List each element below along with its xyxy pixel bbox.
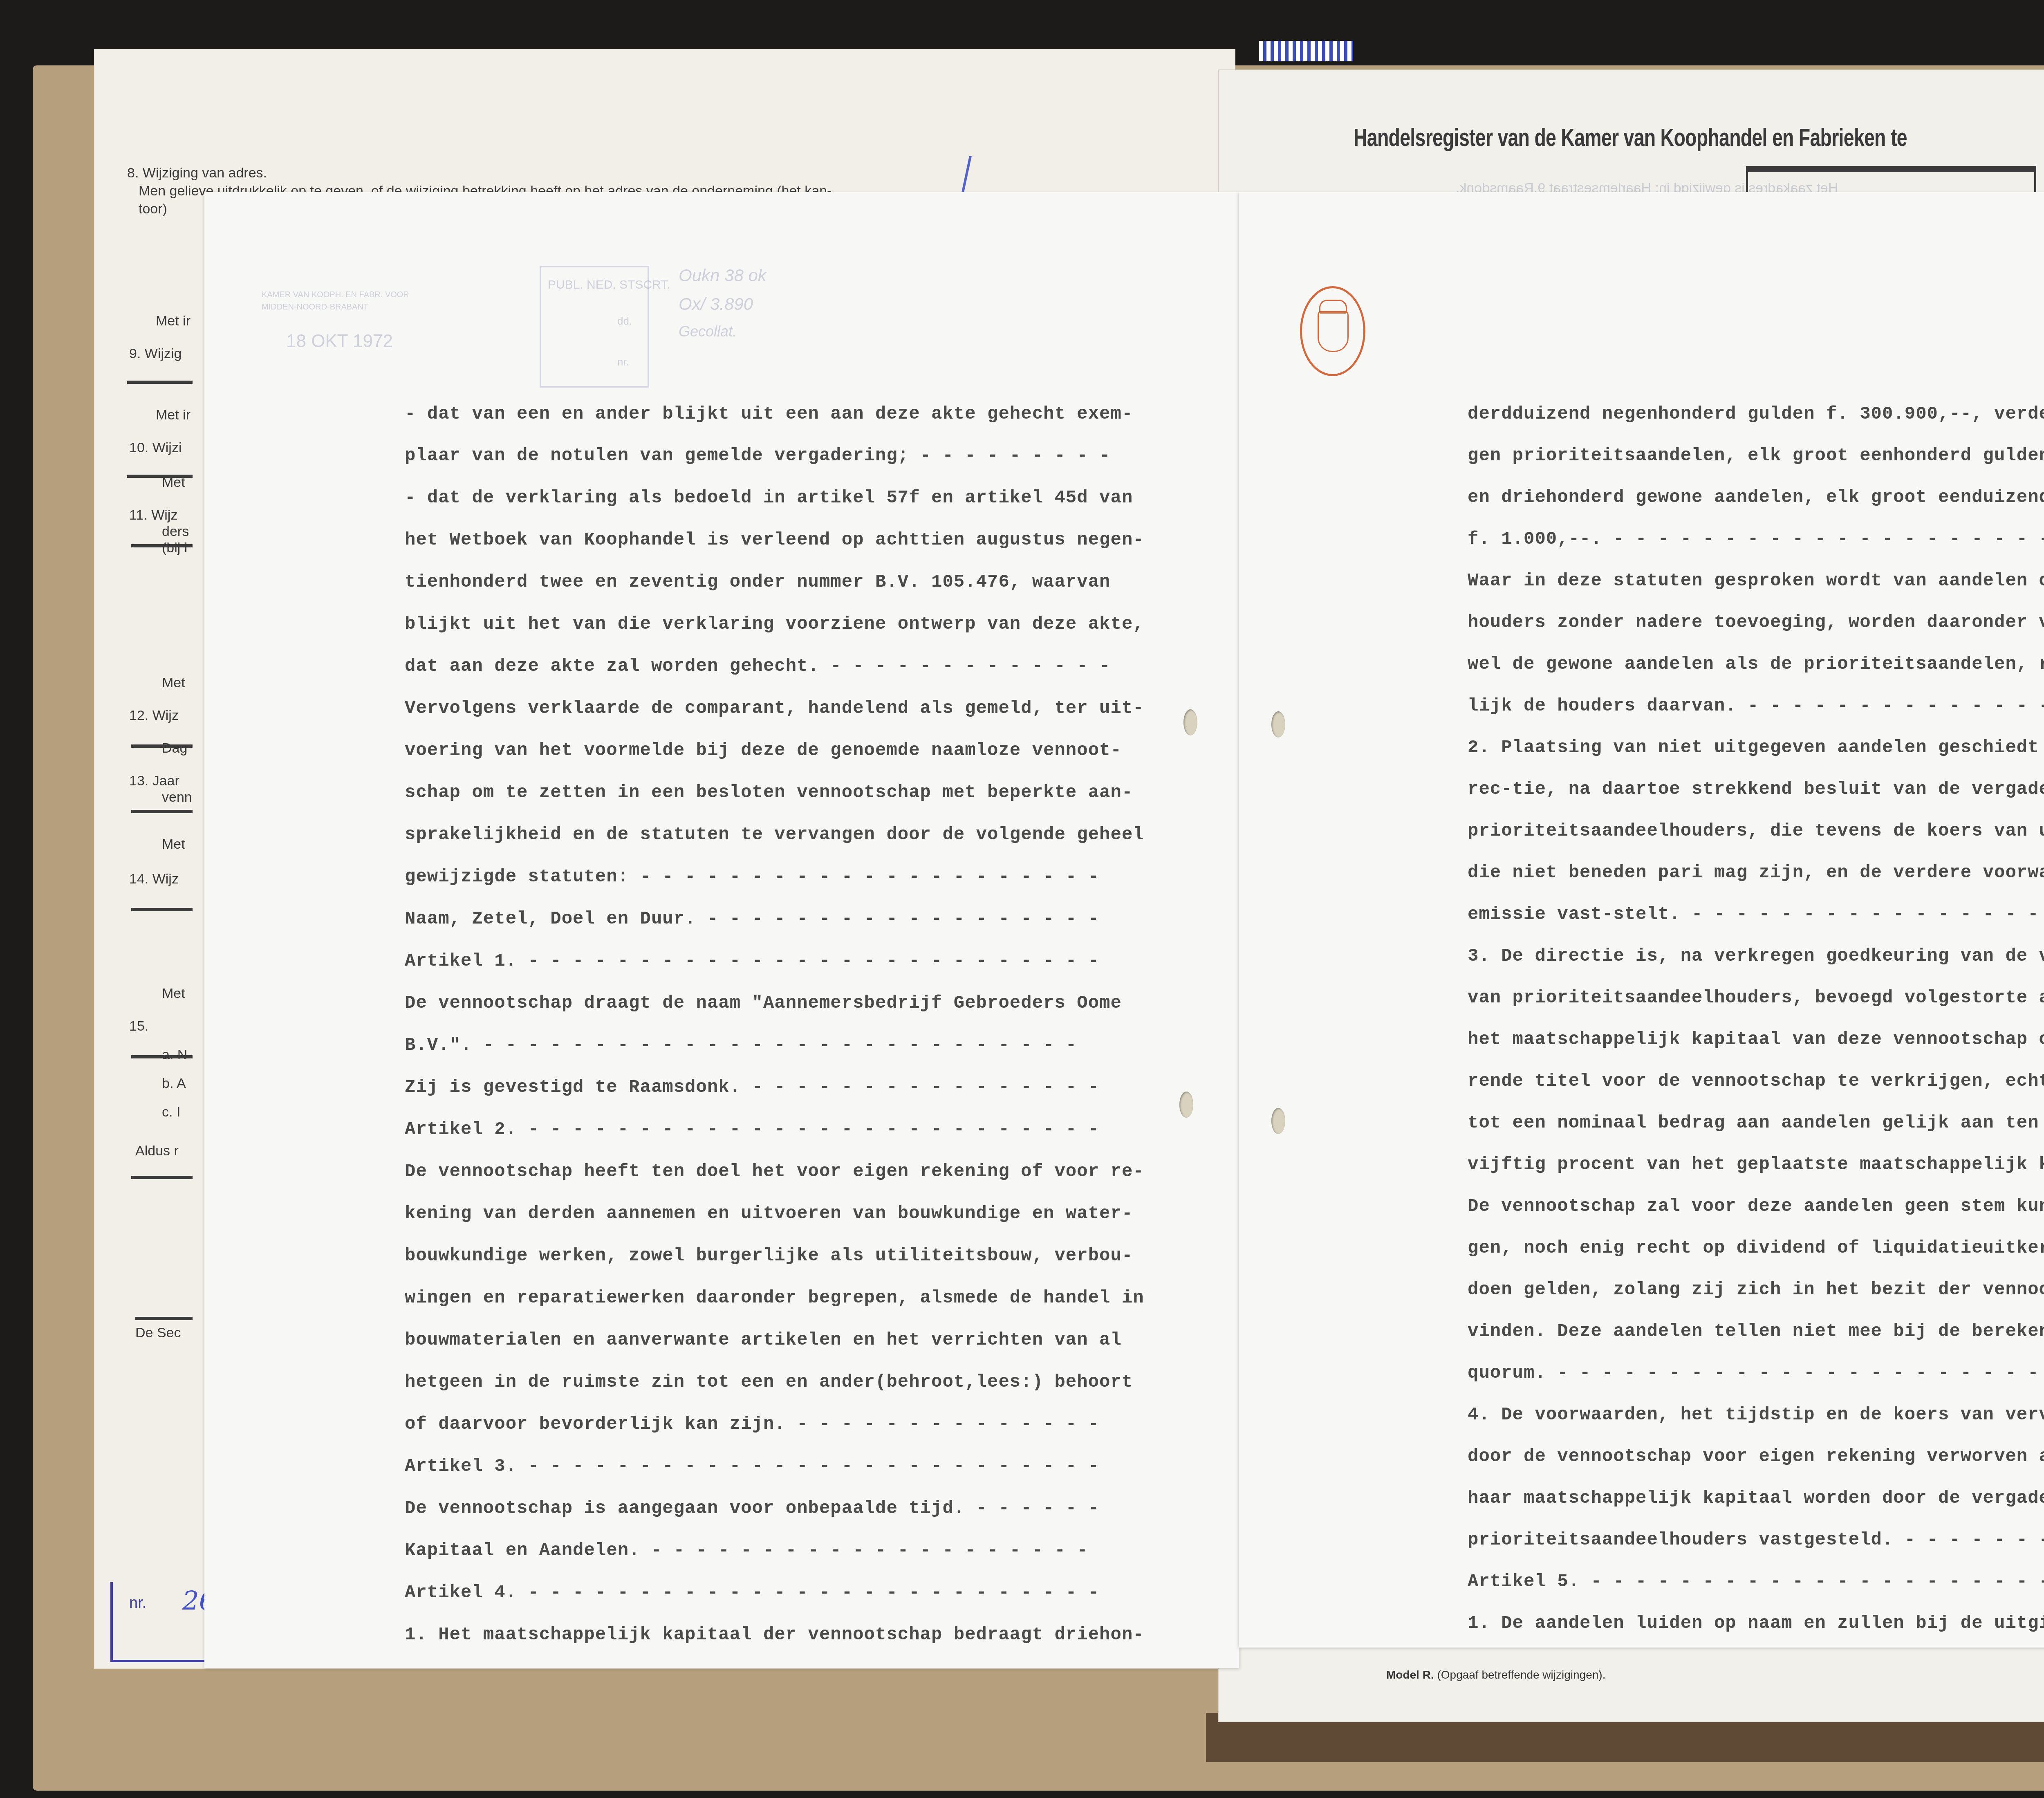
form-rule <box>131 908 193 911</box>
ghost-handwriting: Gecollat. <box>679 323 737 340</box>
ghost-stamp-text: nr. <box>617 356 629 368</box>
typed-line: Artikel 5. - - - - - - - - - - - - - - -… <box>1468 1572 2044 1592</box>
typed-line: 4. De voorwaarden, het tijdstip en de ko… <box>1468 1405 2044 1425</box>
punch-hole <box>1183 709 1197 735</box>
typed-line: Artikel 3. - - - - - - - - - - - - - - -… <box>405 1456 1099 1477</box>
typed-line: 1. Het maatschappelijk kapitaal der venn… <box>405 1625 1144 1645</box>
form-field-label: Aldus r <box>135 1143 179 1159</box>
typed-line: voering van het voormelde bij deze de ge… <box>405 740 1122 761</box>
form-field-label: Dag <box>162 740 187 756</box>
ghost-date-stamp: 18 OKT 1972 <box>286 331 393 352</box>
typed-line: schap om te zetten in een besloten venno… <box>405 782 1133 803</box>
typed-line: Artikel 4. - - - - - - - - - - - - - - -… <box>405 1583 1099 1603</box>
tab-strip-pattern <box>1259 41 1353 61</box>
model-description: (Opgaaf betreffende wijzigingen). <box>1437 1668 1605 1681</box>
form-rule <box>131 810 193 813</box>
typed-line: houders zonder nadere toevoeging, worden… <box>1468 612 2044 633</box>
form-field-label: (bij i <box>162 540 187 556</box>
form-field-label: 9. Wijzig <box>129 346 182 362</box>
typed-line: - dat van een en ander blijkt uit een aa… <box>405 404 1133 424</box>
typed-line: dat aan deze akte zal worden gehecht. - … <box>405 656 1110 677</box>
typed-line: wel de gewone aandelen als de prioriteit… <box>1468 654 2044 675</box>
typed-line: De vennootschap zal voor deze aandelen g… <box>1468 1196 2044 1217</box>
form-rule <box>135 1317 193 1320</box>
typed-line: het Wetboek van Koophandel is verleend o… <box>405 530 1144 550</box>
form-field-label: De Sec <box>135 1325 181 1341</box>
typed-line: rec-tie, na daartoe strekkend besluit va… <box>1468 779 2044 800</box>
form-field-label: c. I <box>162 1104 180 1120</box>
form-field-label: 14. Wijz <box>129 871 179 887</box>
punch-hole <box>1271 711 1285 738</box>
typed-line: haar maatschappelijk kapitaal worden doo… <box>1468 1488 2044 1509</box>
typed-line: 3. De directie is, na verkregen goedkeur… <box>1468 946 2044 966</box>
typed-line: het maatschappelijk kapitaal van deze ve… <box>1468 1029 2044 1050</box>
typed-line: tot een nominaal bedrag aan aandelen gel… <box>1468 1113 2044 1133</box>
model-label: Model R. (Opgaaf betreffende wijzigingen… <box>1386 1668 1605 1681</box>
typed-line: B.V.". - - - - - - - - - - - - - - - - -… <box>405 1035 1077 1056</box>
typed-page-left: PUBL. NED. STSCRT. dd. nr. KAMER VAN KOO… <box>204 192 1239 1668</box>
form-field-label: a. N <box>162 1047 187 1063</box>
form-field-label: venn <box>162 789 192 805</box>
typed-line: derdduizend negenhonderd gulden f. 300.9… <box>1468 404 2044 424</box>
typed-line: De vennootschap draagt de naam "Aannemer… <box>405 993 1122 1013</box>
typed-line: 1. De aandelen luiden op naam en zullen … <box>1468 1613 2044 1634</box>
form-field-label: 11. Wijz <box>129 507 177 523</box>
typed-line: Zij is gevestigd te Raamsdonk. - - - - -… <box>405 1077 1099 1098</box>
form-field-label: Met <box>162 836 185 852</box>
typed-line: Naam, Zetel, Doel en Duur. - - - - - - -… <box>405 909 1099 929</box>
ghost-stamp-text: MIDDEN-NOORD-BRABANT <box>262 303 368 312</box>
typed-line: die niet beneden pari mag zijn, en de ve… <box>1468 863 2044 883</box>
form-field-label: 12. Wijz <box>129 708 179 724</box>
typed-line: gen, noch enig recht op dividend of liqu… <box>1468 1238 2044 1258</box>
typed-line: Artikel 1. - - - - - - - - - - - - - - -… <box>405 951 1099 971</box>
punch-hole <box>1179 1092 1193 1118</box>
form-field-label: Met ir <box>156 407 191 423</box>
typed-line: Kapitaal en Aandelen. - - - - - - - - - … <box>405 1540 1088 1561</box>
typed-line: prioriteitsaandeelhouders vastgesteld. -… <box>1468 1530 2044 1550</box>
ghost-stamp-text: KAMER VAN KOOPH. EN FABR. VOOR <box>262 290 409 300</box>
typed-line: hetgeen in de ruimste zin tot een en and… <box>405 1372 1133 1392</box>
typed-line: - dat de verklaring als bedoeld in artik… <box>405 488 1133 508</box>
typed-line: gewijzigde statuten: - - - - - - - - - -… <box>405 867 1099 887</box>
typed-line: van prioriteitsaandeelhouders, bevoegd v… <box>1468 988 2044 1008</box>
typed-line: f. 1.000,--. - - - - - - - - - - - - - -… <box>1468 529 2044 549</box>
form-rule <box>127 381 193 384</box>
lion-crest-icon <box>1318 311 1349 352</box>
typed-line: vinden. Deze aandelen tellen niet mee bi… <box>1468 1321 2044 1342</box>
notary-seal: KONINKLIJKE BROEDERSCHAP DER NOTARISSEN … <box>1300 286 1365 376</box>
ghost-handwriting: Ox/ 3.890 <box>679 294 753 314</box>
typed-line: en driehonderd gewone aandelen, elk groo… <box>1468 487 2044 508</box>
form-field-label: 10. Wijzi <box>129 440 182 456</box>
typed-line: De vennootschap is aangegaan voor onbepa… <box>405 1498 1099 1519</box>
model-code: Model R. <box>1386 1668 1434 1681</box>
typed-line: Waar in deze statuten gesproken wordt va… <box>1468 571 2044 591</box>
typed-line: blijkt uit het van die verklaring voorzi… <box>405 614 1144 634</box>
typed-line: kening van derden aannemen en uitvoeren … <box>405 1204 1133 1224</box>
typed-page-right: derdduizend negenhonderd gulden f. 300.9… <box>1239 192 2044 1648</box>
ghost-stamp-text: PUBL. NED. STSCRT. <box>548 278 670 292</box>
typed-line: rende titel voor de vennootschap te verk… <box>1468 1071 2044 1092</box>
form-field-label: Met <box>162 475 185 491</box>
typed-line: doen gelden, zolang zij zich in het bezi… <box>1468 1280 2044 1300</box>
form-field-label: Met <box>162 675 185 691</box>
ghost-stamp-text: dd. <box>617 315 632 327</box>
typed-line: gen prioriteitsaandelen, elk groot eenho… <box>1468 446 2044 466</box>
typed-line: bouwkundige werken, zowel burgerlijke al… <box>405 1246 1133 1266</box>
form-field-label: Met <box>162 986 185 1002</box>
typed-line: tienhonderd twee en zeventig onder numme… <box>405 572 1110 592</box>
typed-line: De vennootschap heeft ten doel het voor … <box>405 1161 1144 1182</box>
form-field-label: 13. Jaar <box>129 773 179 789</box>
punch-hole <box>1271 1108 1285 1134</box>
typed-line: vijftig procent van het geplaatste maats… <box>1468 1155 2044 1175</box>
form-field-label: Met ir <box>156 313 191 329</box>
typed-line: Artikel 2. - - - - - - - - - - - - - - -… <box>405 1119 1099 1140</box>
typed-line: door de vennootschap voor eigen rekening… <box>1468 1446 2044 1467</box>
form-section-8-title: 8. Wijziging van adres. <box>127 164 831 182</box>
register-header-title: Handelsregister van de Kamer van Koophan… <box>1354 123 1907 152</box>
typed-line: sprakelijkheid en de statuten te vervang… <box>405 825 1144 845</box>
typed-line: wingen en reparatiewerken daaronder begr… <box>405 1288 1144 1308</box>
typed-line: of daarvoor bevorderlijk kan zijn. - - -… <box>405 1414 1099 1435</box>
typed-line: bouwmaterialen en aanverwante artikelen … <box>405 1330 1122 1350</box>
typed-line: prioriteitsaandeelhouders, die tevens de… <box>1468 821 2044 841</box>
typed-line: lijk de houders daarvan. - - - - - - - -… <box>1468 696 2044 716</box>
typed-line: emissie vast-stelt. - - - - - - - - - - … <box>1468 904 2044 925</box>
stamp-prefix: nr. <box>129 1594 146 1612</box>
typed-line: plaar van de notulen van gemelde vergade… <box>405 446 1110 466</box>
typed-line: quorum. - - - - - - - - - - - - - - - - … <box>1468 1363 2044 1383</box>
form-field-label: 15. <box>129 1018 148 1034</box>
form-rule <box>131 1176 193 1179</box>
ghost-handwriting: Oukn 38 ok <box>679 266 766 285</box>
typed-line: Vervolgens verklaarde de comparant, hand… <box>405 698 1144 719</box>
form-field-label: ders <box>162 524 189 540</box>
form-field-label: b. A <box>162 1076 186 1092</box>
typed-line: 2. Plaatsing van niet uitgegeven aandele… <box>1468 738 2044 758</box>
